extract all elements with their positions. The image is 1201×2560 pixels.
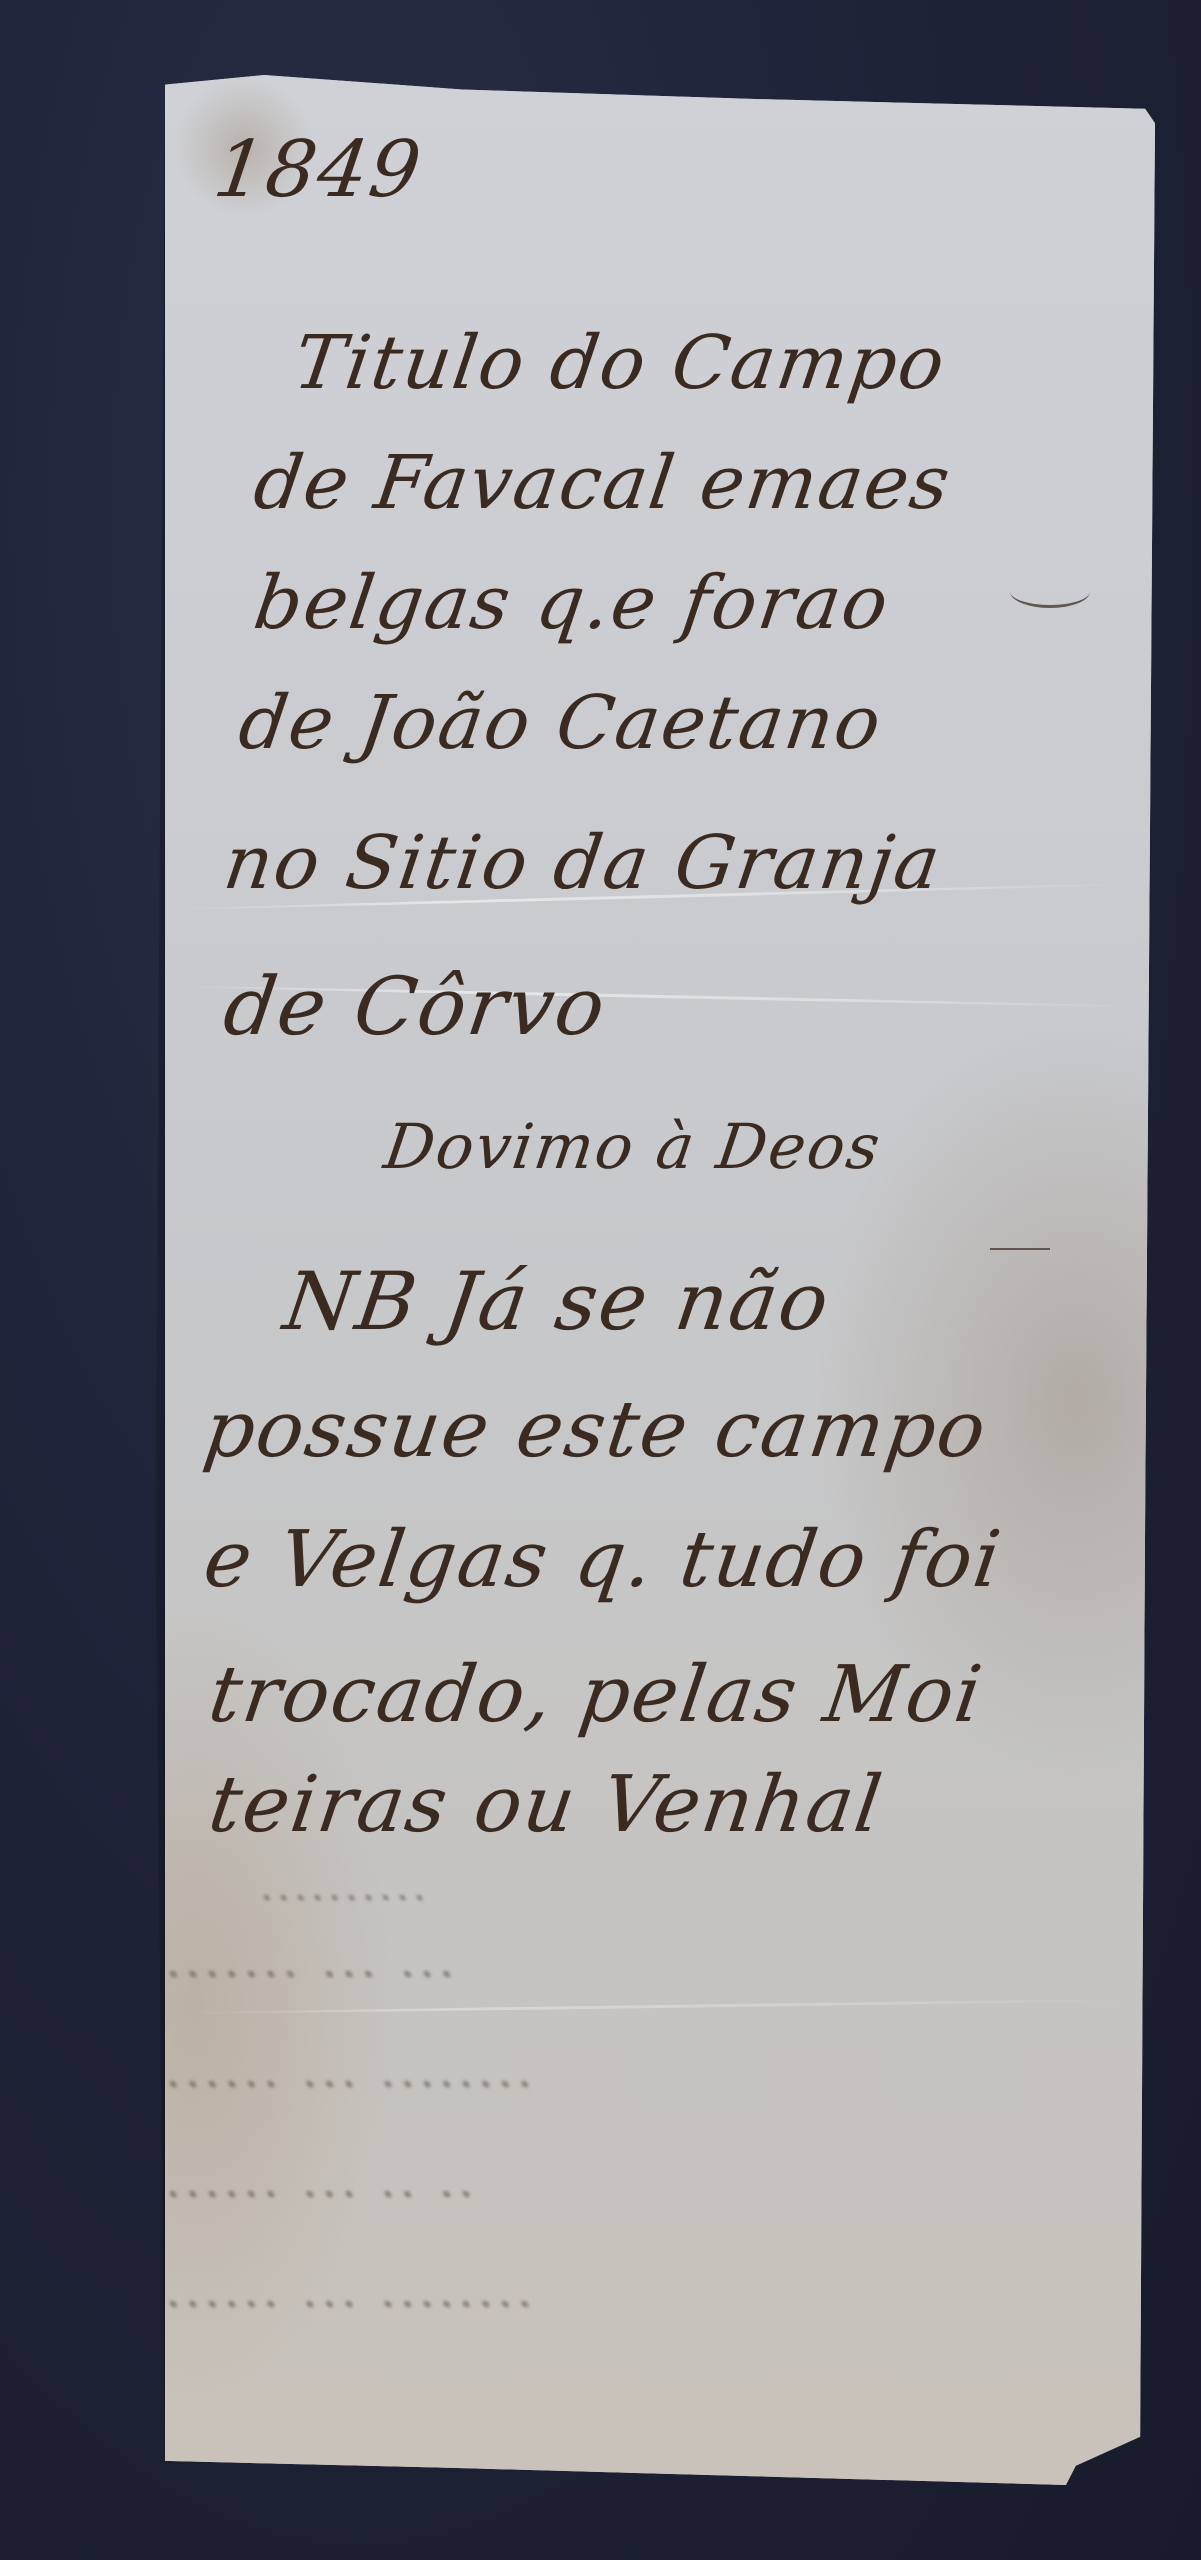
dedication-line: Dovimo à Deos [380,1110,886,1183]
title-line-3: belgas q.e forao [249,560,895,646]
abbreviation-flourish [1010,575,1090,608]
bleed-through-text: ... ... ....... [156,1930,457,1990]
note-line-5: teiras ou Venhal [204,1760,889,1850]
note-line-1: NB Já se não [278,1255,836,1348]
bleed-through-text: ........ ... ...... [156,2040,535,2100]
document-year: 1849 [209,125,428,215]
title-line-2: de Favacal emaes [249,440,957,526]
title-line-6: de Côrvo [218,960,612,1053]
note-line-2: possue este campo [199,1385,993,1475]
title-line-4: de João Caetano [234,680,888,766]
title-line-5: no Sitio da Granja [219,820,947,906]
note-line-4: trocado, pelas Moi [204,1650,989,1740]
bleed-through-text: .. .. ... ...... [156,2150,477,2210]
bleed-through-text: .......... [251,1860,428,1911]
dash-mark [990,1248,1050,1250]
bleed-through-text: ........ ... ...... [156,2260,535,2320]
paper-crease [165,1998,1155,2015]
title-line-1: Titulo do Campo [289,320,952,406]
note-line-3: e Velgas q. tudo foi [199,1515,1008,1605]
